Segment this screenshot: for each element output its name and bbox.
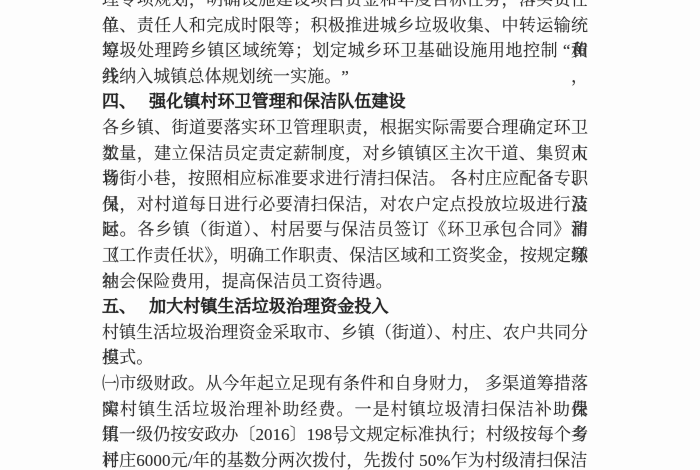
text-line: 背街小巷，按照相应标准要求进行清扫保洁。 各村庄应配备专职保洁 — [102, 166, 588, 192]
text-line: 镇一级仍按安政办〔2016〕198号文规定标准执行；村级按每个考评 — [102, 422, 588, 448]
text-line: 运。各乡镇（街道）、村居要与保洁员签订《环卫承包合同》和《环 — [102, 217, 588, 243]
text-line: 卫工作责任状》，明确工作职责、保洁区域和工资奖金，按规定缴纳 — [102, 243, 588, 269]
text-line: 位、责任人和完成时限等；积极推进城乡垃圾收集、中转运输统筹和 — [102, 13, 588, 39]
text-line: 模式。 — [102, 345, 588, 371]
text-line: 数量，建立保洁员定责定薪制度，对乡镇镇区主次干道、集贸市场、 — [102, 141, 588, 167]
text-line: 垃圾处理跨乡镇区域统筹；划定城乡环卫基础设施用地控制 “黄线”， — [102, 38, 588, 64]
text-line: 障村镇生活垃圾治理补助经费。一是村镇垃圾清扫保洁补助费用，乡 — [102, 397, 588, 423]
text-line: 员，对村道每日进行必要清扫保洁，对农户定点投放垃圾进行及时清 — [102, 192, 588, 218]
section-heading-5: 五、 加大村镇生活垃圾治理资金投入 — [102, 294, 588, 320]
text-line: ㈠市级财政。从今年起立足现有条件和自身财力， 多渠道筹措落实保 — [102, 371, 588, 397]
text-line: 村庄6000元/年的基数分两次拨付，先拨付 50%乍为村级清扫保洁 — [102, 448, 588, 470]
document-page: 理专项规划，明确设施建设项目资金和年度目标任务，落实责任单 位、责任人和完成时限… — [0, 0, 700, 470]
document-text-block: 理专项规划，明确设施建设项目资金和年度目标任务，落实责任单 位、责任人和完成时限… — [102, 0, 588, 470]
section-heading-4: 四、 强化镇村环卫管理和保洁队伍建设 — [102, 89, 588, 115]
text-line: 社会保险费用，提高保洁员工资待遇。 — [102, 269, 588, 295]
text-line-clipped: 理专项规划，明确设施建设项目资金和年度目标任务，落实责任单 — [102, 0, 588, 13]
text-line: 村镇生活垃圾治理资金采取市、乡镇（街道）、村庄、农户共同分担 — [102, 320, 588, 346]
text-line: 各乡镇、街道要落实环卫管理职责，根据实际需要合理确定环卫工人 — [102, 115, 588, 141]
